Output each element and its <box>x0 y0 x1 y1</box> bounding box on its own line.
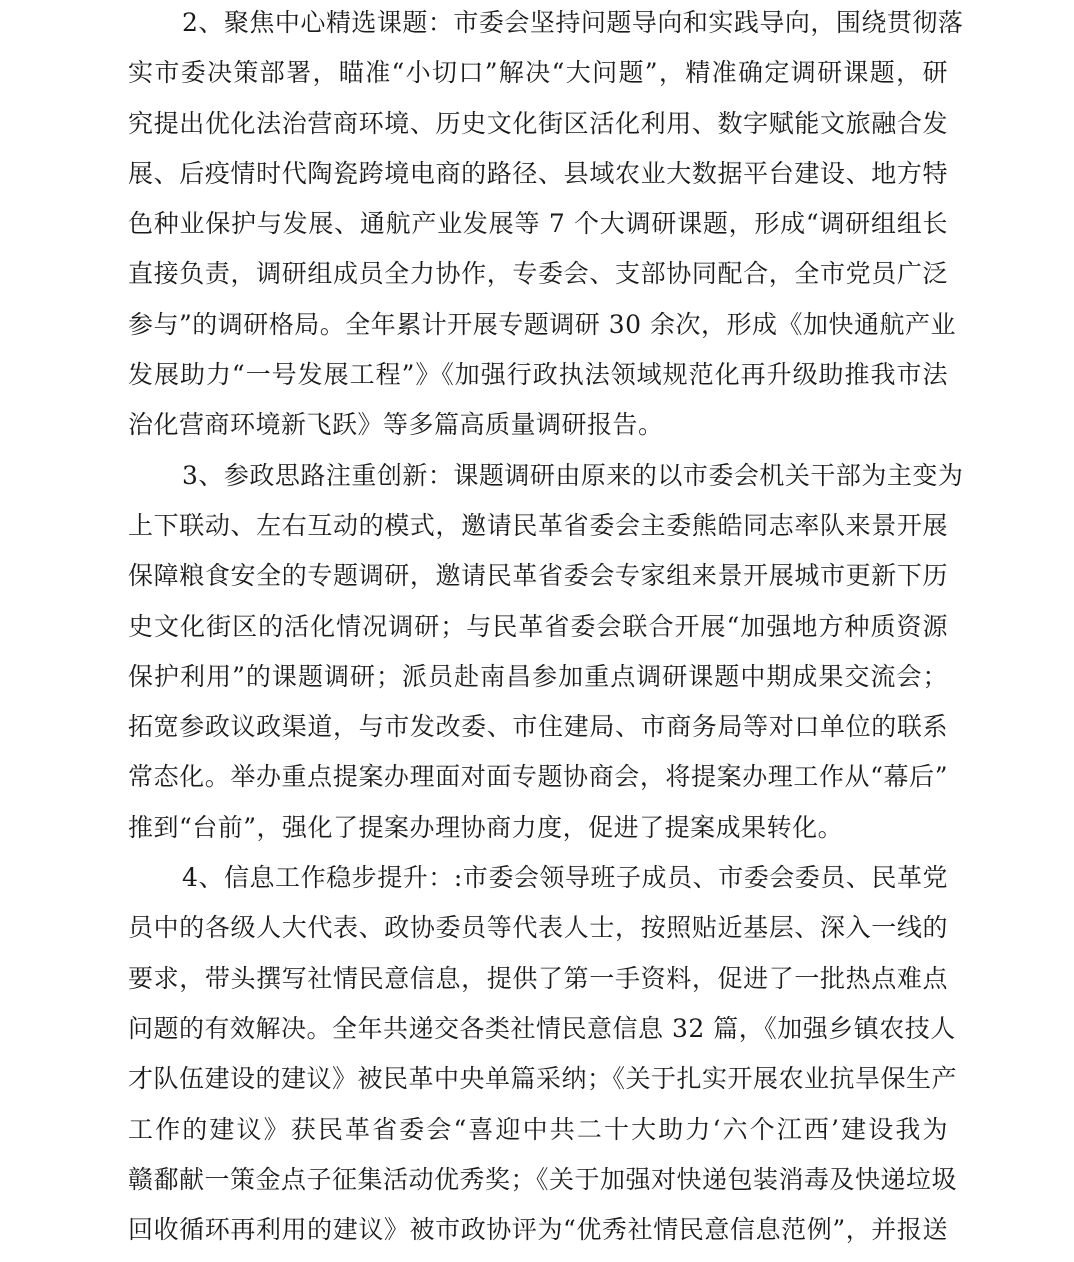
paragraph-4: 4、信息工作稳步提升：:市委会领导班子成员、市委会委员、民革党 员中的各级人大代… <box>128 857 948 1259</box>
paragraph-line: 保障粮食安全的专题调研，邀请民革省委会专家组来景开展城市更新下历 <box>128 555 948 605</box>
paragraph-line: 治化营商环境新飞跃》等多篇高质量调研报告。 <box>128 404 948 454</box>
paragraph-line: 上下联动、左右互动的模式，邀请民革省委会主委熊皓同志率队来景开展 <box>128 505 948 555</box>
paragraph-line: 3、参政思路注重创新：课题调研由原来的以市委会机关干部为主变为 <box>128 455 948 505</box>
paragraph-line: 发展助力“一号发展工程”》《加强行政执法领域规范化再升级助推我市法 <box>128 354 948 404</box>
paragraph-line: 要求，带头撰写社情民意信息，提供了第一手资料，促进了一批热点难点 <box>128 958 948 1008</box>
paragraph-line: 拓宽参政议政渠道，与市发改委、市住建局、市商务局等对口单位的联系 <box>128 706 948 756</box>
paragraph-line: 员中的各级人大代表、政协委员等代表人士，按照贴近基层、深入一线的 <box>128 907 948 957</box>
paragraph-line: 工作的建议》获民革省委会“喜迎中共二十大助力‘六个江西’建设我为 <box>128 1109 948 1159</box>
paragraph-line: 参与”的调研格局。全年累计开展专题调研 30 余次，形成《加快通航产业 <box>128 304 948 354</box>
paragraph-line: 推到“台前”，强化了提案办理协商力度，促进了提案成果转化。 <box>128 807 948 857</box>
paragraph-line: 问题的有效解决。全年共递交各类社情民意信息 32 篇，《加强乡镇农技人 <box>128 1008 948 1058</box>
paragraph-3: 3、参政思路注重创新：课题调研由原来的以市委会机关干部为主变为 上下联动、左右互… <box>128 455 948 857</box>
paragraph-line: 实市委决策部署，瞄准“小切口”解决“大问题”，精准确定调研课题，研 <box>128 52 948 102</box>
paragraph-line: 直接负责，调研组成员全力协作，专委会、支部协同配合，全市党员广泛 <box>128 253 948 303</box>
paragraph-line: 才队伍建设的建议》被民革中央单篇采纳；《关于扎实开展农业抗旱保生产 <box>128 1058 948 1108</box>
paragraph-line: 展、后疫情时代陶瓷跨境电商的路径、县域农业大数据平台建设、地方特 <box>128 153 948 203</box>
paragraph-line: 赣鄱献一策金点子征集活动优秀奖；《关于加强对快递包装消毒及快递垃圾 <box>128 1159 948 1209</box>
paragraph-line: 2、聚焦中心精选课题：市委会坚持问题导向和实践导向，围绕贯彻落 <box>128 2 948 52</box>
paragraph-line: 回收循环再利用的建议》被市政协评为“优秀社情民意信息范例”，并报送 <box>128 1209 948 1259</box>
document-body: 2、聚焦中心精选课题：市委会坚持问题导向和实践导向，围绕贯彻落 实市委决策部署，… <box>128 2 948 1259</box>
paragraph-line: 4、信息工作稳步提升：:市委会领导班子成员、市委会委员、民革党 <box>128 857 948 907</box>
paragraph-line: 究提出优化法治营商环境、历史文化街区活化利用、数字赋能文旅融合发 <box>128 103 948 153</box>
paragraph-line: 保护利用”的课题调研；派员赴南昌参加重点调研课题中期成果交流会； <box>128 656 948 706</box>
paragraph-line: 色种业保护与发展、通航产业发展等 7 个大调研课题，形成“调研组组长 <box>128 203 948 253</box>
paragraph-line: 常态化。举办重点提案办理面对面专题协商会，将提案办理工作从“幕后” <box>128 756 948 806</box>
document-page: 2、聚焦中心精选课题：市委会坚持问题导向和实践导向，围绕贯彻落 实市委决策部署，… <box>0 0 1074 1262</box>
paragraph-2: 2、聚焦中心精选课题：市委会坚持问题导向和实践导向，围绕贯彻落 实市委决策部署，… <box>128 2 948 455</box>
paragraph-line: 史文化街区的活化情况调研；与民革省委会联合开展“加强地方种质资源 <box>128 606 948 656</box>
